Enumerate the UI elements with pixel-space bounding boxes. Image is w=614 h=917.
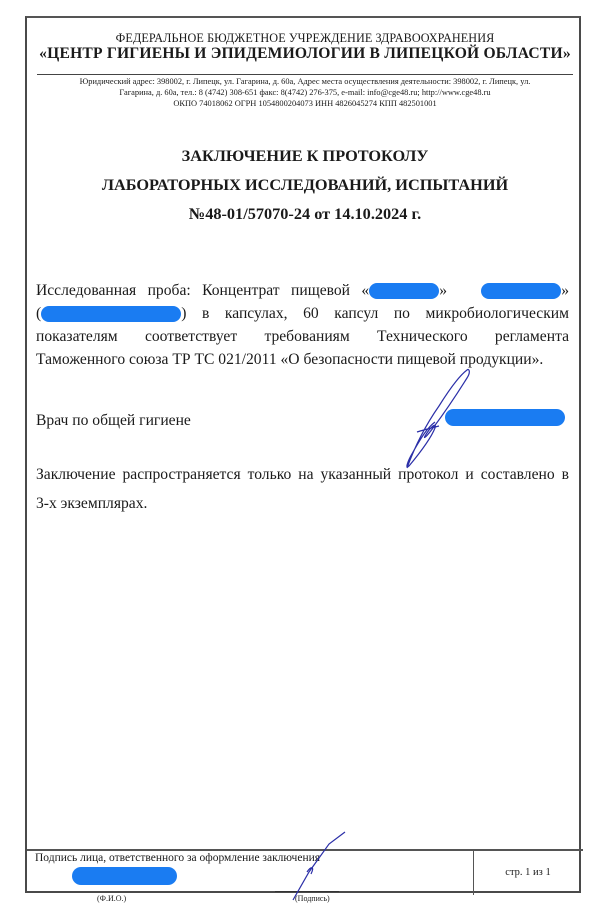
address-line2: Гагарина, д. 60а, тел.: 8 (4742) 308-651… xyxy=(37,87,573,98)
redacted-brand xyxy=(369,283,439,299)
doc-title-line1: ЗАКЛЮЧЕНИЕ К ПРОТОКОЛУ xyxy=(27,146,583,166)
redacted-product-detail xyxy=(41,306,181,322)
conclusion-line1: Исследованная проба: Концентрат пищевой … xyxy=(36,279,569,302)
note-paragraph: Заключение распространяется только на ук… xyxy=(36,460,569,518)
conclusion-line2: () в капсулах, 60 капсул по микробиологи… xyxy=(36,302,569,325)
header-divider xyxy=(37,74,573,75)
redacted-product-name xyxy=(481,283,561,299)
note-line1: Заключение распространяется только на ук… xyxy=(36,460,569,489)
doc-title-line2: ЛАБОРАТОРНЫХ ИССЛЕДОВАНИЙ, ИСПЫТАНИЙ xyxy=(27,175,583,195)
org-name-line2: «ЦЕНТР ГИГИЕНЫ И ЭПИДЕМИОЛОГИИ В ЛИПЕЦКО… xyxy=(27,45,583,63)
responsible-signature-label: Подпись лица, ответственного за оформлен… xyxy=(35,852,320,864)
redacted-responsible-name xyxy=(72,867,177,885)
document-page: ФЕДЕРАЛЬНОЕ БЮДЖЕТНОЕ УЧРЕЖДЕНИЕ ЗДРАВОО… xyxy=(25,16,581,893)
address-line3: ОКПО 74018062 ОГРН 1054800204073 ИНН 482… xyxy=(37,98,573,109)
conclusion-line3: показателям соответствует требованиям Те… xyxy=(36,325,569,348)
org-address-block: Юридический адрес: 398002, г. Липецк, ул… xyxy=(37,76,573,109)
conclusion-line4: Таможенного союза ТР ТС 021/2011 «О безо… xyxy=(36,348,569,371)
fio-caption: (Ф.И.О.) xyxy=(97,894,126,903)
org-name-line1: ФЕДЕРАЛЬНОЕ БЮДЖЕТНОЕ УЧРЕЖДЕНИЕ ЗДРАВОО… xyxy=(27,31,583,46)
address-line1: Юридический адрес: 398002, г. Липецк, ул… xyxy=(37,76,573,87)
conclusion-paragraph: Исследованная проба: Концентрат пищевой … xyxy=(36,279,569,371)
responsible-signature xyxy=(289,832,349,902)
page-number: стр. 1 из 1 xyxy=(473,867,583,878)
doc-title-number: №48-01/57070-24 от 14.10.2024 г. xyxy=(27,204,583,224)
note-line2: 3-х экземплярах. xyxy=(36,489,569,518)
